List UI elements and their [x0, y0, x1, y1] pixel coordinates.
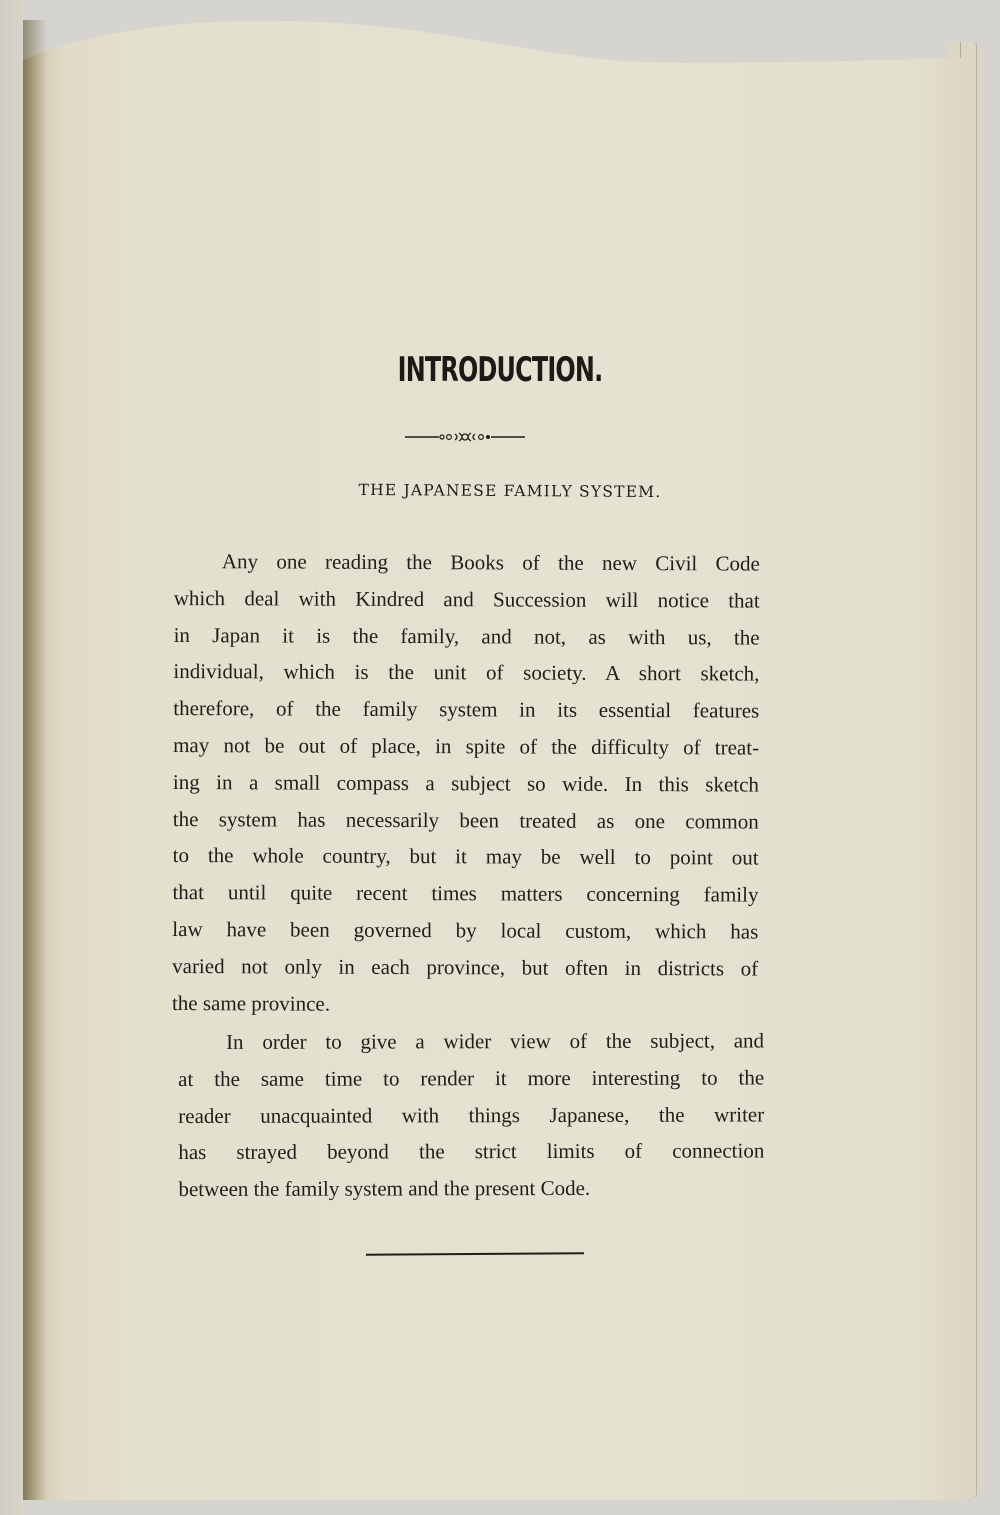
paragraph-1: Any one reading the Books of the new Civ… [172, 543, 760, 1024]
text-line: reader unacquainted with things Japanese… [178, 1096, 764, 1134]
text-line: ing in a small compass a subject so wide… [173, 764, 759, 803]
section-subtitle: THE JAPANESE FAMILY SYSTEM. [250, 480, 770, 502]
text-line: in Japan it is the family, and not, as w… [174, 617, 760, 656]
text-line: at the same time to render it more inter… [178, 1059, 764, 1097]
text-line: may not be out of place, in spite of the… [173, 727, 759, 766]
text-line: varied not only in each province, but of… [172, 948, 758, 987]
text-line: the system has necessarily been treated … [173, 801, 759, 840]
text-line: to the whole country, but it may be well… [173, 837, 759, 876]
text-line: law have been governed by local custom, … [172, 911, 758, 950]
text-line: individual, which is the unit of society… [173, 653, 759, 692]
paragraph-2: In order to give a wider view of the sub… [178, 1022, 764, 1208]
text-line: which deal with Kindred and Succession w… [174, 580, 760, 619]
text-line: In order to give a wider view of the sub… [178, 1022, 764, 1060]
ornament-divider-icon [405, 428, 525, 446]
text-line: therefore, of the family system in its e… [173, 690, 759, 729]
page-title: INTRODUCTION. [344, 350, 656, 390]
text-line: the same province. [172, 985, 758, 1024]
text-line: has strayed beyond the strict limits of … [178, 1133, 764, 1171]
page-content: INTRODUCTION. THE JAPANESE FAMILY SYSTEM… [0, 0, 1000, 1515]
text-line: that until quite recent times matters co… [172, 874, 758, 913]
text-line: Any one reading the Books of the new Civ… [174, 543, 760, 582]
text-line: between the family system and the presen… [178, 1170, 764, 1208]
closing-rule [366, 1252, 584, 1256]
